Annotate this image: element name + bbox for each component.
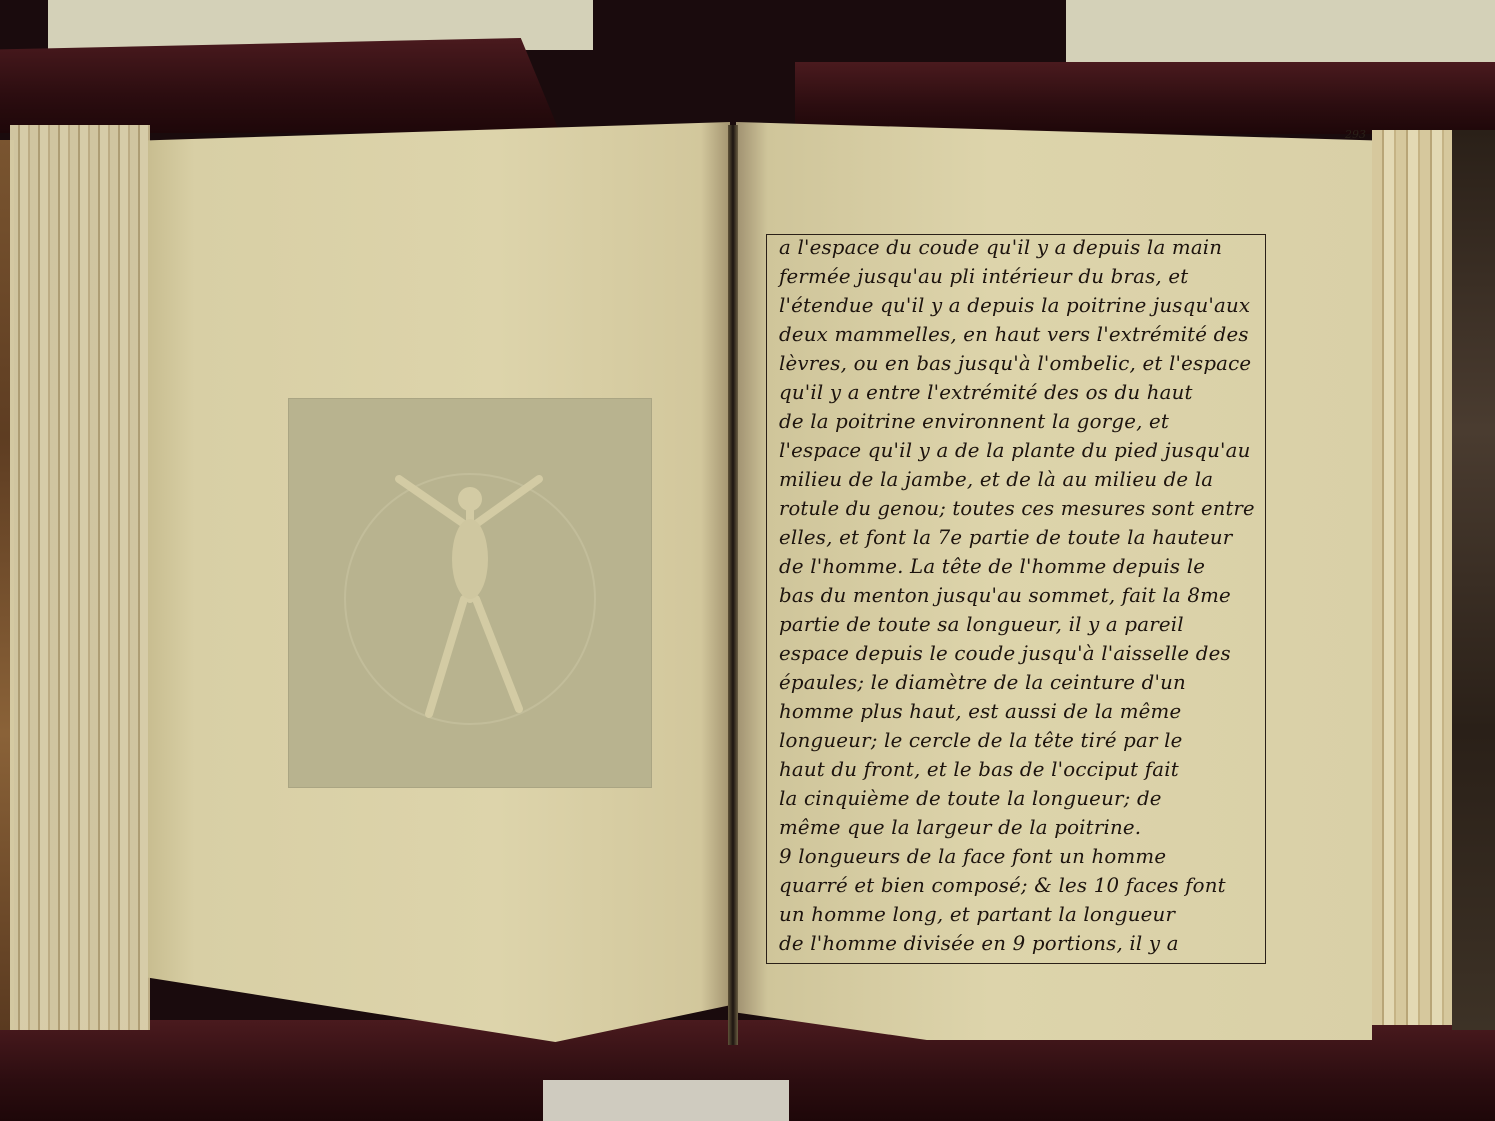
page-edges-right <box>1372 130 1452 1025</box>
page-edges-left <box>10 125 150 1030</box>
page-number: 293 <box>1345 128 1366 141</box>
text-line: de l'homme divisée en 9 portions, il y a <box>779 931 1255 971</box>
vitruvian-plate <box>288 398 652 788</box>
background-card-right <box>1066 0 1495 62</box>
background-card-bottom <box>543 1080 789 1121</box>
human-figure-icon <box>289 399 651 787</box>
manuscript-text-frame: a l'espace du coude qu'il y a depuis la … <box>766 234 1266 964</box>
marbled-board-right <box>1452 130 1495 1030</box>
book-cover-top-right <box>795 62 1495 134</box>
book-gutter <box>728 125 738 1045</box>
book-cover-top-left <box>0 38 560 133</box>
